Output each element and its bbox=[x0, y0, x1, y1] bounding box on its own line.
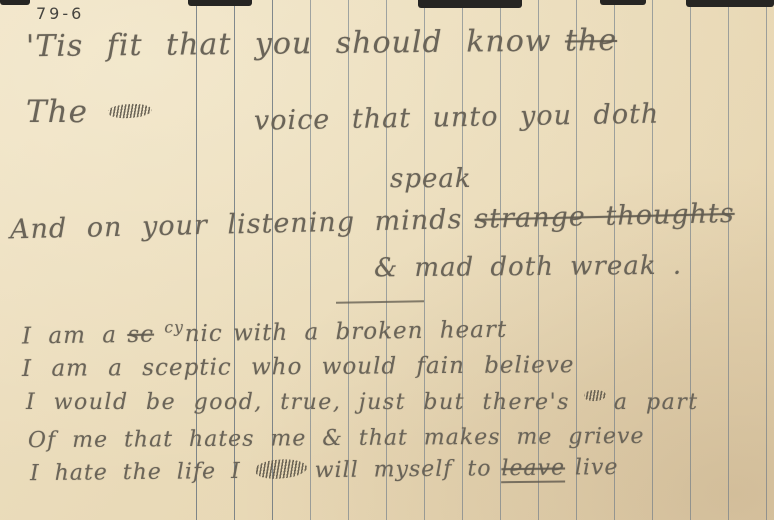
scan-edge-mark bbox=[188, 0, 252, 6]
stanza-divider-line bbox=[336, 300, 424, 304]
scan-edge-mark bbox=[0, 0, 30, 5]
handwriting-line-voice-unto-you: voice that unto you doth bbox=[254, 98, 672, 136]
handwriting-line-tis-fit: 'Tis fit that you should knowthe bbox=[26, 23, 631, 64]
handwriting-segment: speak bbox=[390, 164, 472, 194]
handwriting-segment: & mad doth wreak . bbox=[374, 251, 682, 284]
archive-number: 79-6 bbox=[36, 4, 84, 23]
handwriting-segment: The bbox=[26, 94, 88, 130]
scribble-blot bbox=[108, 102, 153, 119]
handwriting-line-the-deleted: The bbox=[26, 94, 163, 130]
handwriting-segment: will myself to bbox=[315, 456, 492, 483]
handwriting-segment: I would be good, true, just but there's bbox=[26, 390, 570, 415]
handwriting-line-of-me-that-hates: Of me that hates me & that makes me grie… bbox=[28, 424, 654, 453]
scribble-blot bbox=[254, 457, 307, 480]
handwriting-segment-deleted: the bbox=[565, 23, 618, 59]
handwriting-segment: I hate the life I bbox=[30, 459, 241, 486]
handwriting-segment-deleted: strange thoughts bbox=[474, 198, 735, 235]
handwriting-segment: And on your listening minds bbox=[10, 204, 463, 245]
handwriting-segment: a part bbox=[614, 390, 699, 415]
handwriting-segment: with a broken heart bbox=[233, 316, 507, 346]
handwriting-segment: 'Tis fit that you should know bbox=[26, 24, 552, 65]
handwriting-segment-deleted: sc bbox=[127, 321, 154, 347]
manuscript-page: 79-6 'Tis fit that you should knowtheThe… bbox=[0, 0, 774, 520]
handwriting-line-speak: speak bbox=[390, 164, 483, 194]
scribble-blot bbox=[584, 389, 607, 402]
scan-edge-mark bbox=[600, 0, 646, 5]
handwriting-segment: Of me that hates me & that makes me grie… bbox=[28, 424, 645, 453]
handwriting-segment: voice that unto you doth bbox=[254, 99, 660, 137]
handwriting-segment-deleted: leave bbox=[501, 456, 565, 484]
handwriting-line-mad-doth-wreak: & mad doth wreak . bbox=[374, 251, 694, 284]
handwriting-line-good-true-just: I would be good, true, just but there'sa… bbox=[26, 390, 708, 415]
handwriting-segment: I am a bbox=[22, 322, 117, 349]
handwriting-line-hate-the-life: I hate the life Iwill myself toleavelive bbox=[30, 455, 629, 487]
handwriting-line-listening-minds: And on your listening mindsstrange thoug… bbox=[10, 198, 747, 246]
handwriting-segment: cy bbox=[164, 317, 184, 336]
handwriting-segment: live bbox=[575, 455, 619, 480]
handwriting-segment: nic bbox=[185, 320, 223, 347]
scan-edge-mark bbox=[418, 0, 522, 8]
handwriting-line-cynic-broken-heart: I am asccynicwith a broken heart bbox=[22, 313, 518, 350]
handwriting-segment: I am a sceptic who would fain believe bbox=[22, 352, 575, 382]
handwriting-line-sceptic-fain-believe: I am a sceptic who would fain believe bbox=[22, 352, 585, 382]
scan-edge-mark bbox=[686, 0, 774, 7]
